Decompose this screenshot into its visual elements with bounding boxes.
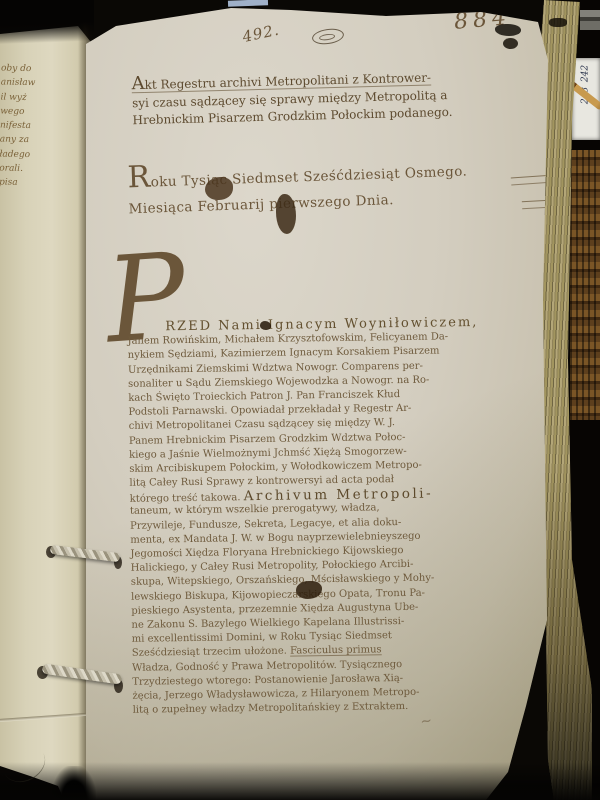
page-fragment-line: pisa (0, 176, 53, 191)
ink-stain (549, 18, 567, 27)
page-fragment-line: anisław (1, 76, 55, 91)
body-line: Sześćdziesiąt trzecim ułożone. (132, 646, 290, 659)
photo-shadow (0, 0, 94, 52)
ink-flourish-oval (311, 27, 345, 46)
page-fragment-line: any za (0, 133, 54, 148)
page-fragment-line: oby do (1, 62, 55, 77)
act-heading: Akt Regestru archivi Metropolitani z Kon… (131, 65, 536, 130)
page-fragment-line: ładego (0, 147, 54, 162)
ink-stain (276, 194, 296, 234)
page-fragment-line: il wyż (0, 90, 54, 105)
page-fragment-line: wego (0, 104, 54, 119)
photo-of-manuscript: { "page": { "page_number": "492.", "foli… (0, 0, 600, 800)
photo-shadow (0, 762, 600, 800)
background-sliver (228, 0, 268, 7)
ink-stain (260, 321, 271, 330)
left-page-text-fragments: oby do anisław il wyż wego nifesta any z… (0, 62, 55, 192)
ink-stain (205, 177, 233, 200)
wood-surface (570, 150, 600, 420)
date-heading: Roku Tysiąc Siedmset Sześćdziesiąt Osmeg… (127, 151, 549, 223)
ink-stain (503, 38, 518, 49)
page-fragment-line: nifesta (0, 119, 54, 134)
background-object (580, 10, 600, 30)
page-number: 492. (241, 16, 303, 46)
page-fragment-line: orali. (0, 162, 53, 177)
fasciculus-title: Fasciculus primus (290, 645, 382, 657)
ink-stain (495, 24, 521, 36)
manuscript-page: 884 492. Akt Regestru archivi Metropolit… (86, 0, 558, 800)
body-text: RZED Nami Ignacym Woyniłowiczem, Janem R… (127, 315, 535, 718)
